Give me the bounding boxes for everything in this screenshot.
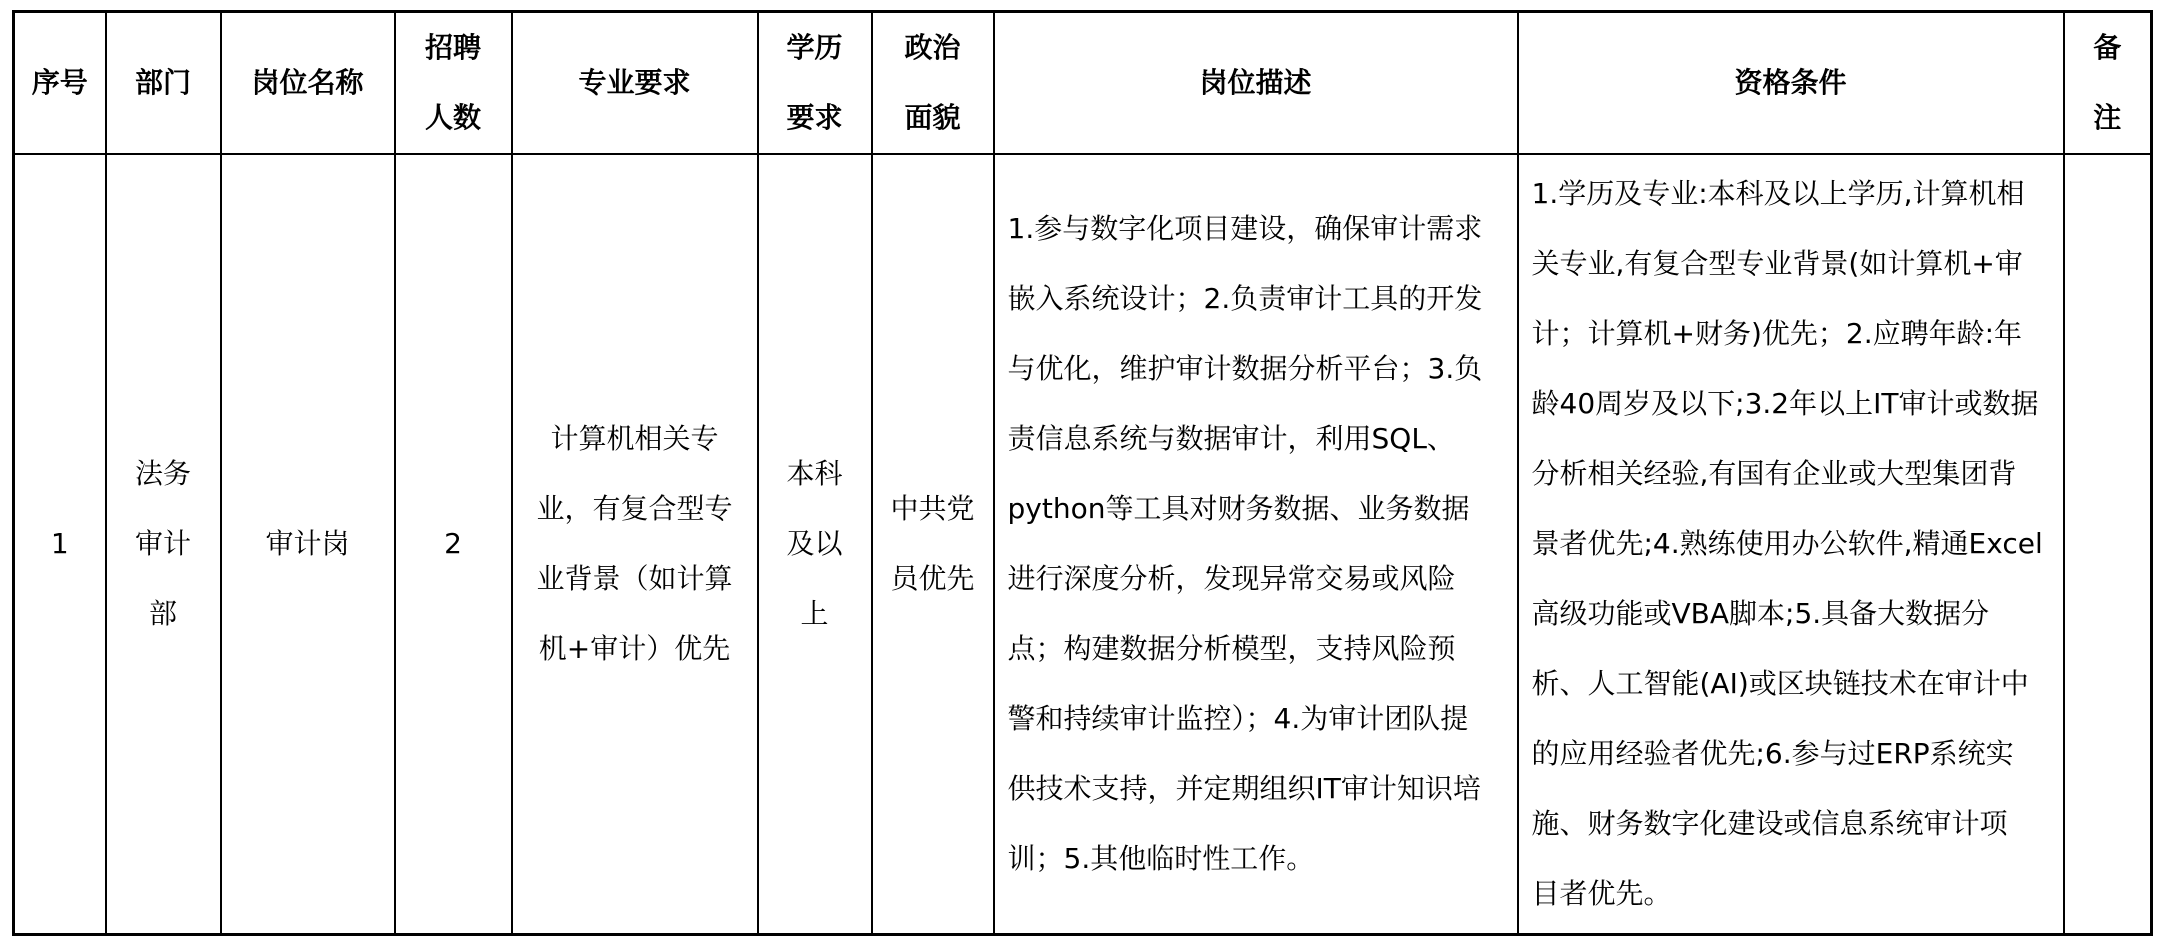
column-header-index: 序号 [14, 12, 106, 155]
cell-index: 1 [14, 154, 106, 934]
column-header-position-name: 岗位名称 [221, 12, 395, 155]
column-header-major-requirement: 专业要求 [512, 12, 758, 155]
cell-remark [2064, 154, 2152, 934]
cell-qualifications: 1.学历及专业:本科及以上学历,计算机相 关专业,有复合型专业背景(如计算机+审… [1518, 154, 2064, 934]
column-header-headcount: 招聘 人数 [395, 12, 512, 155]
cell-major-requirement: 计算机相关专 业，有复合型专 业背景（如计算 机+审计）优先 [512, 154, 758, 934]
table-row: 1 法务 审计 部 审计岗 2 计算机相关专 业，有复合型专 业背景（如计算 机… [14, 154, 2152, 934]
column-header-department: 部门 [106, 12, 221, 155]
cell-position-name: 审计岗 [221, 154, 395, 934]
cell-headcount: 2 [395, 154, 512, 934]
column-header-education-requirement: 学历 要求 [758, 12, 872, 155]
recruitment-notice-page: 序号 部门 岗位名称 招聘 人数 专业要求 学历 要求 政治 面貌 岗位描述 资… [0, 0, 2162, 948]
column-header-remark: 备 注 [2064, 12, 2152, 155]
cell-job-description: 1.参与数字化项目建设，确保审计需求 嵌入系统设计；2.负责审计工具的开发 与优… [994, 154, 1518, 934]
column-header-political-status: 政治 面貌 [872, 12, 994, 155]
column-header-qualifications: 资格条件 [1518, 12, 2064, 155]
cell-department: 法务 审计 部 [106, 154, 221, 934]
recruitment-table: 序号 部门 岗位名称 招聘 人数 专业要求 学历 要求 政治 面貌 岗位描述 资… [12, 10, 2153, 936]
cell-education-requirement: 本科 及以 上 [758, 154, 872, 934]
cell-political-status: 中共党 员优先 [872, 154, 994, 934]
column-header-job-description: 岗位描述 [994, 12, 1518, 155]
table-header-row: 序号 部门 岗位名称 招聘 人数 专业要求 学历 要求 政治 面貌 岗位描述 资… [14, 12, 2152, 155]
